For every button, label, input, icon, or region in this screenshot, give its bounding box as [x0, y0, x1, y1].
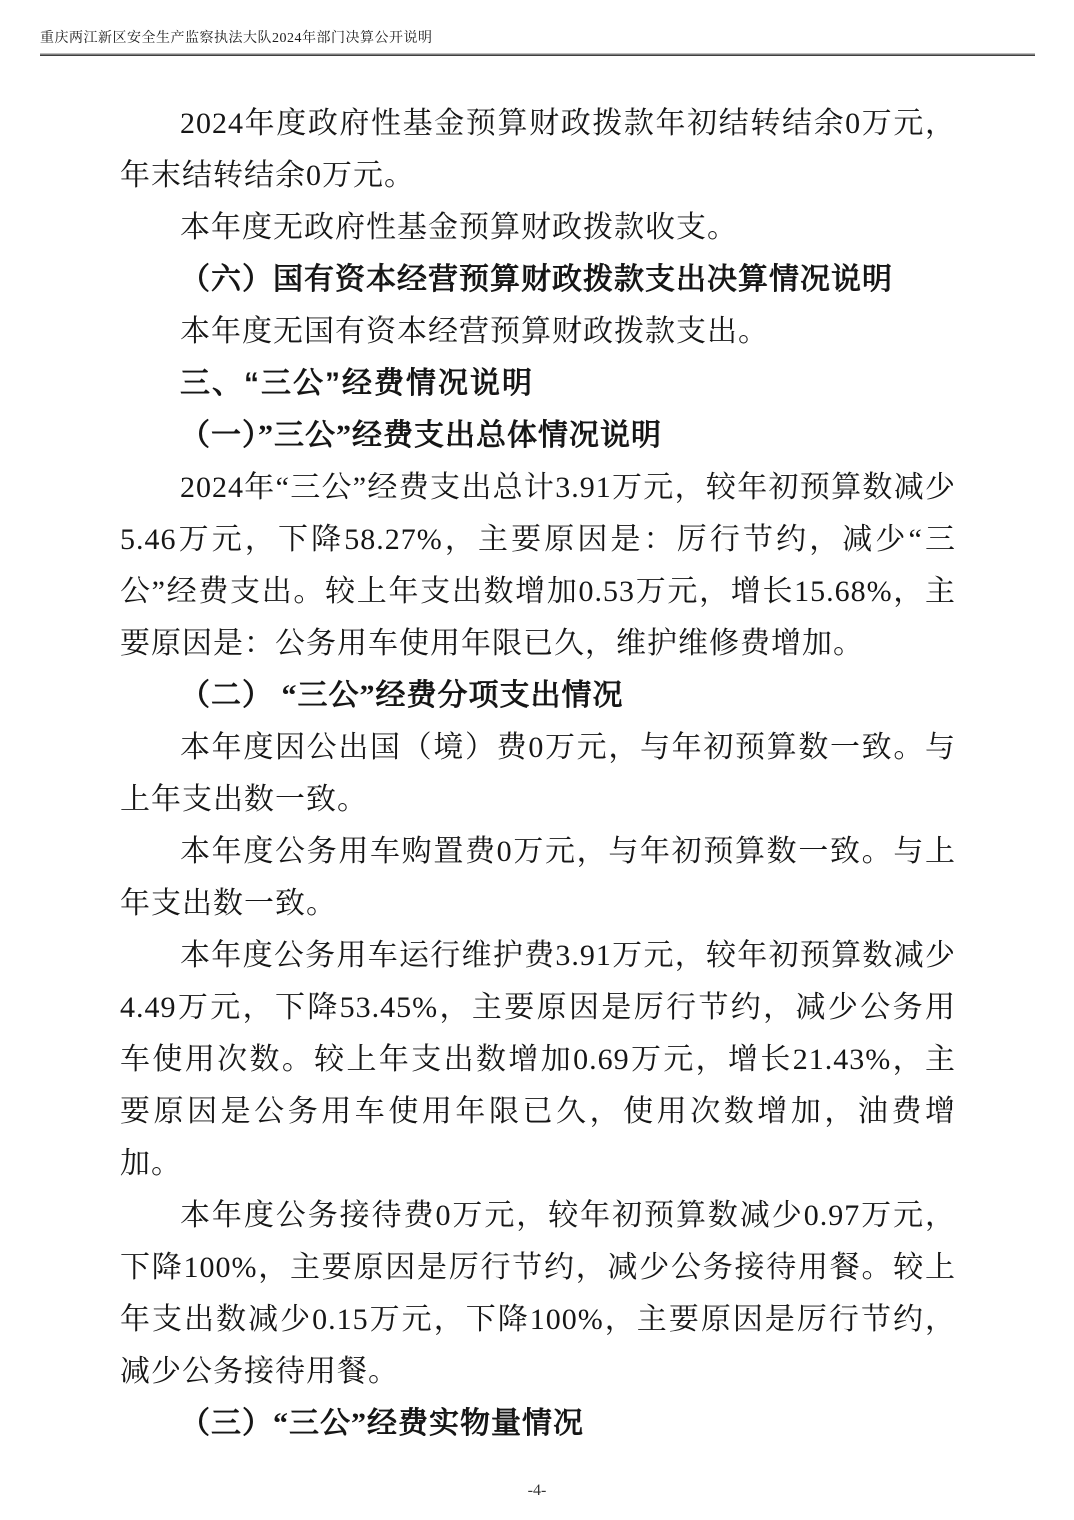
paragraph-reception-expense: 本年度公务接待费0万元，较年初预算数减少0.97万元，下降100%，主要原因是厉…: [120, 1190, 956, 1398]
document-page: 重庆两江新区安全生产监察执法大队2024年部门决算公开说明 2024年度政府性基…: [0, 0, 1074, 1520]
paragraph-total-expense: 2024年“三公”经费支出总计3.91万元，较年初预算数减少5.46万元，下降5…: [120, 462, 956, 670]
header-rule: [40, 53, 1035, 56]
page-header-title: 重庆两江新区安全生产监察执法大队2024年部门决算公开说明: [40, 27, 1035, 47]
section-heading-three: （三）“三公”经费实物量情况: [120, 1398, 956, 1450]
paragraph-gov-fund-balance: 2024年度政府性基金预算财政拨款年初结转结余0万元，年末结转结余0万元。: [120, 98, 956, 202]
document-body: 2024年度政府性基金预算财政拨款年初结转结余0万元，年末结转结余0万元。 本年…: [120, 98, 956, 1450]
page-header: 重庆两江新区安全生产监察执法大队2024年部门决算公开说明: [40, 27, 1035, 56]
chapter-heading-three-public: 三、“三公”经费情况说明: [120, 358, 956, 410]
section-heading-two: （二） “三公”经费分项支出情况: [120, 670, 956, 722]
paragraph-vehicle-maintenance: 本年度公务用车运行维护费3.91万元，较年初预算数减少4.49万元，下降53.4…: [120, 930, 956, 1190]
paragraph-no-gov-fund: 本年度无政府性基金预算财政拨款收支。: [120, 202, 956, 254]
section-heading-six: （六）国有资本经营预算财政拨款支出决算情况说明: [120, 254, 956, 306]
page-number: -4-: [0, 1482, 1074, 1500]
paragraph-no-state-capital: 本年度无国有资本经营预算财政拨款支出。: [120, 306, 956, 358]
section-heading-one: （一）”三公”经费支出总体情况说明: [120, 410, 956, 462]
paragraph-vehicle-purchase: 本年度公务用车购置费0万元，与年初预算数一致。与上年支出数一致。: [120, 826, 956, 930]
paragraph-abroad-expense: 本年度因公出国（境）费0万元，与年初预算数一致。与上年支出数一致。: [120, 722, 956, 826]
